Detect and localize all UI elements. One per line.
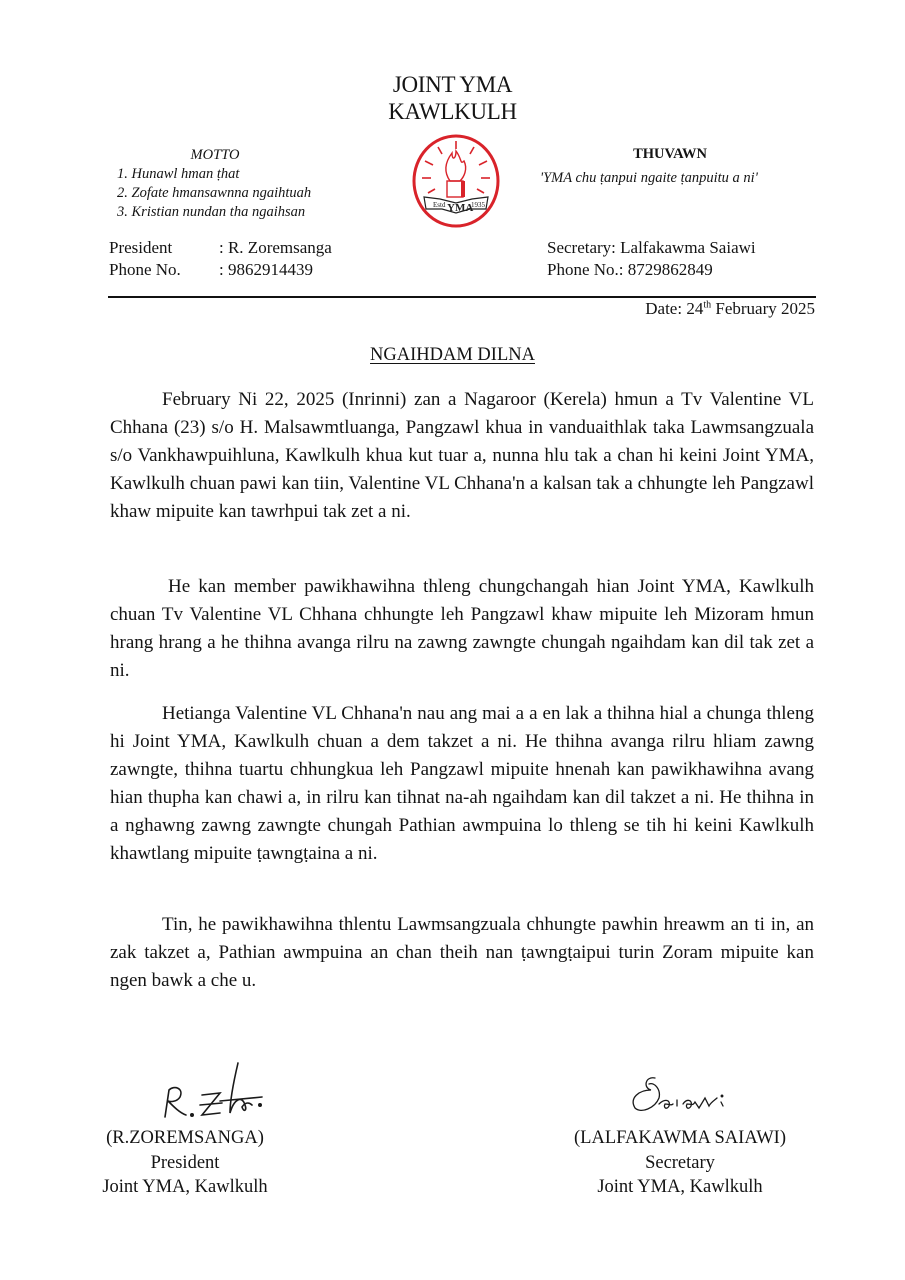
secretary-sig-org: Joint YMA, Kawlkulh bbox=[540, 1175, 820, 1200]
header-divider bbox=[108, 296, 816, 298]
body-paragraph: He kan member pawikhawihna thleng chungc… bbox=[110, 573, 814, 685]
letter-date: Date: 24th February 2025 bbox=[645, 299, 815, 319]
secretary-signature bbox=[625, 1068, 745, 1128]
president-sig-title: President bbox=[100, 1151, 270, 1176]
president-signature bbox=[150, 1055, 280, 1130]
thuvawn-heading: THUVAWN bbox=[515, 146, 825, 163]
motto-item: 3. Kristian nundan tha ngaihsan bbox=[110, 203, 320, 222]
president-sig-org: Joint YMA, Kawlkulh bbox=[100, 1175, 270, 1200]
motto-block: MOTTO 1. Hunawl hman ṭhat 2. Zofate hman… bbox=[110, 146, 320, 222]
thuvawn-quote: 'YMA chu ṭanpui ngaite ṭanpuitu a ni' bbox=[515, 170, 825, 187]
body-paragraph: Tin, he pawikhawihna thlentu Lawmsangzua… bbox=[110, 911, 814, 995]
letter-heading: NGAIHDAM DILNA bbox=[0, 345, 905, 366]
secretary-sig-name: (LALFAKAWMA SAIAWI) bbox=[540, 1126, 820, 1151]
secretary-info: Secretary: Lalfakawma Saiawi Phone No.: … bbox=[547, 237, 756, 281]
president-signature-block: (R.ZOREMSANGA) President Joint YMA, Kawl… bbox=[100, 1126, 270, 1200]
president-info: President: R. Zoremsanga Phone No.: 9862… bbox=[109, 237, 332, 281]
svg-text:YMA: YMA bbox=[447, 202, 473, 214]
president-name: : R. Zoremsanga bbox=[219, 238, 332, 257]
svg-text:Estd: Estd bbox=[433, 201, 446, 209]
secretary-name: Secretary: Lalfakawma Saiawi bbox=[547, 237, 756, 259]
president-phone-label: Phone No. bbox=[109, 259, 219, 281]
body-paragraph: February Ni 22, 2025 (Inrinni) zan a Nag… bbox=[110, 386, 814, 526]
motto-item: 1. Hunawl hman ṭhat bbox=[110, 165, 320, 184]
thuvawn-block: THUVAWN 'YMA chu ṭanpui ngaite ṭanpuitu … bbox=[515, 146, 825, 187]
secretary-phone: Phone No.: 8729862849 bbox=[547, 259, 756, 281]
org-title-line2: KAWLKULH bbox=[0, 98, 905, 126]
president-label: President bbox=[109, 237, 219, 259]
motto-item: 2. Zofate hmansawnna ngaihtuah bbox=[110, 184, 320, 203]
org-title-line1: JOINT YMA bbox=[0, 71, 905, 99]
body-paragraph: Hetianga Valentine VL Chhana'n nau ang m… bbox=[110, 700, 814, 868]
secretary-signature-block: (LALFAKAWMA SAIAWI) Secretary Joint YMA,… bbox=[540, 1126, 820, 1200]
president-phone: : 9862914439 bbox=[219, 260, 313, 279]
secretary-sig-title: Secretary bbox=[540, 1151, 820, 1176]
yma-emblem-icon: Estd 1935 YMA bbox=[410, 133, 502, 229]
motto-heading: MOTTO bbox=[110, 146, 320, 165]
president-sig-name: (R.ZOREMSANGA) bbox=[100, 1126, 270, 1151]
